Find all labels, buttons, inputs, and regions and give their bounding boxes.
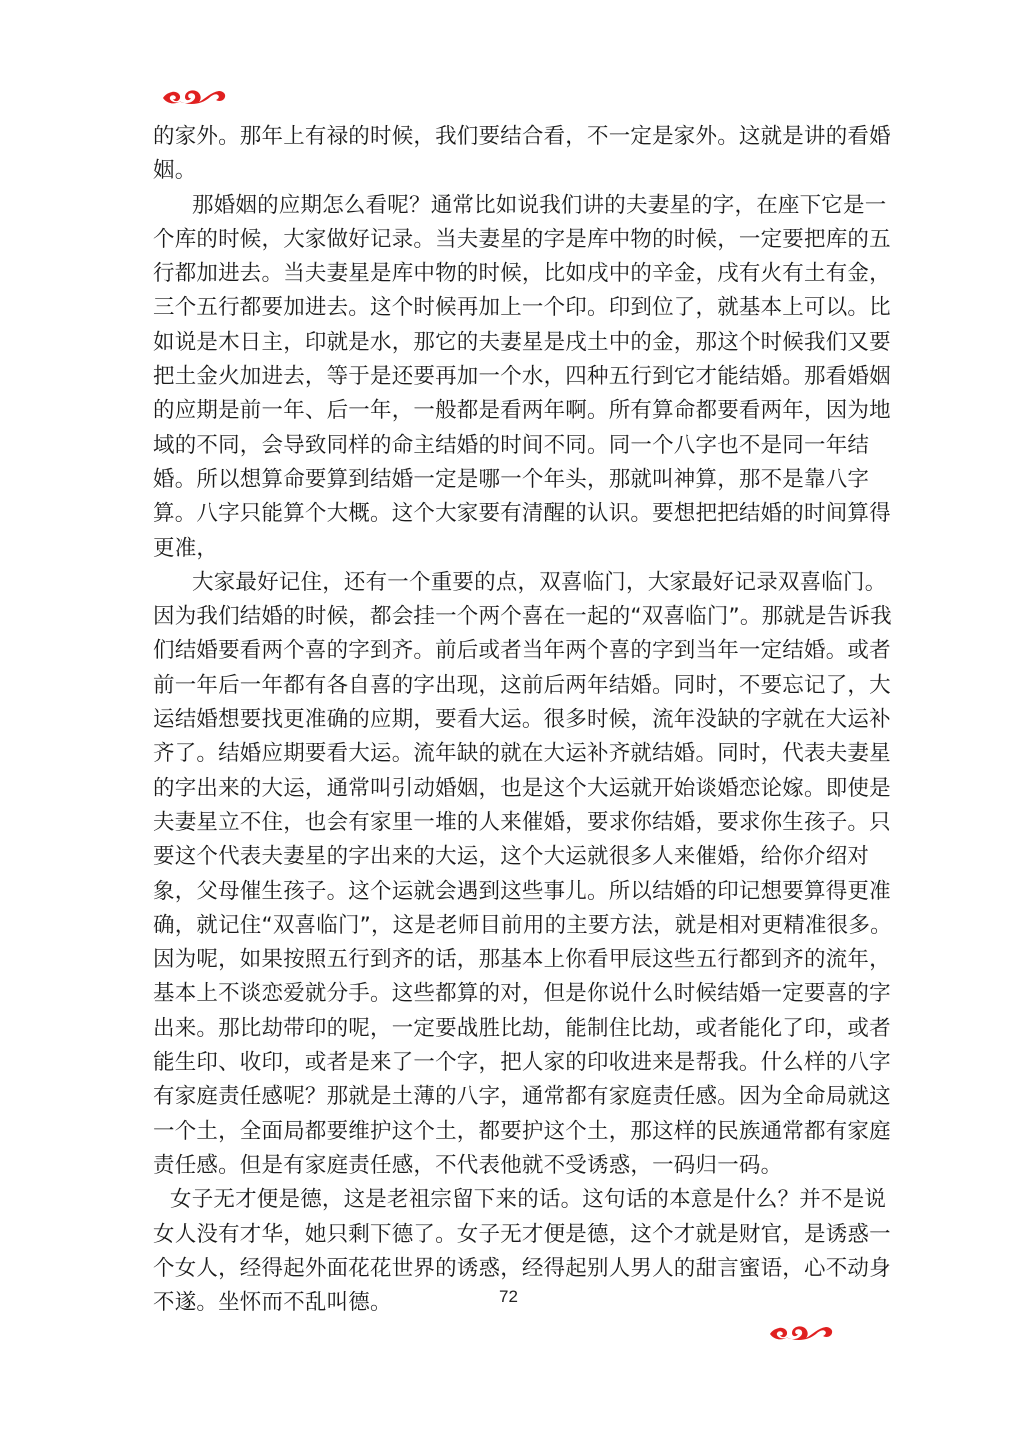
text-line: 们结婚要看两个喜的字到齐。前后或者当年两个喜的字到当年一定结婚。或者 (153, 634, 853, 668)
paragraph-start-line: 女子无才便是德，这是老祖宗留下来的话。这句话的本意是什么？并不是说 (153, 1183, 853, 1217)
text-line: 一个土，全面局都要维护这个土，都要护这个土，那这样的民族通常都有家庭 (153, 1115, 853, 1149)
body-text: 的家外。那年上有禄的时候，我们要结合看，不一定是家外。这就是讲的看婚 姻。 那婚… (153, 120, 853, 1320)
document-page: 的家外。那年上有禄的时候，我们要结合看，不一定是家外。这就是讲的看婚 姻。 那婚… (0, 0, 1017, 1440)
text-line: 姻。 (153, 154, 853, 188)
text-line: 的家外。那年上有禄的时候，我们要结合看，不一定是家外。这就是讲的看婚 (153, 120, 853, 154)
text-line: 三个五行都要加进去。这个时候再加上一个印。印到位了，就基本上可以。比 (153, 291, 853, 325)
paragraph-start-line: 大家最好记住，还有一个重要的点，双喜临门，大家最好记录双喜临门。 (153, 566, 853, 600)
text-line: 算。八字只能算个大概。这个大家要有清醒的认识。要想把把结婚的时间算得 (153, 497, 853, 531)
text-line: 婚。所以想算命要算到结婚一定是哪一个年头，那就叫神算，那不是靠八字 (153, 463, 853, 497)
text-line: 个女人，经得起外面花花世界的诱惑，经得起别人男人的甜言蜜语，心不动身 (153, 1252, 853, 1286)
text-line: 行都加进去。当夫妻星是库中物的时候，比如戌中的辛金，戌有火有土有金， (153, 257, 853, 291)
text-line: 确，就记住“双喜临门”，这是老师目前用的主要方法，就是相对更精准很多。 (153, 909, 853, 943)
text-line: 因为呢，如果按照五行到齐的话，那基本上你看甲辰这些五行都到齐的流年， (153, 943, 853, 977)
paragraph-start-line: 那婚姻的应期怎么看呢？通常比如说我们讲的夫妻星的字，在座下它是一 (153, 189, 853, 223)
text-line: 如说是木日主，印就是水，那它的夫妻星是戌土中的金，那这个时候我们又要 (153, 326, 853, 360)
text-line: 出来。那比劫带印的呢，一定要战胜比劫，能制住比劫，或者能化了印，或者 (153, 1012, 853, 1046)
text-line: 运结婚想要找更准确的应期，要看大运。很多时候，流年没缺的字就在大运补 (153, 703, 853, 737)
text-line: 把土金火加进去，等于是还要再加一个水，四种五行到它才能结婚。那看婚姻 (153, 360, 853, 394)
text-line: 更准， (153, 532, 853, 566)
text-line: 有家庭责任感呢？那就是土薄的八字，通常都有家庭责任感。因为全命局就这 (153, 1080, 853, 1114)
text-line: 要这个代表夫妻星的字出来的大运，这个大运就很多人来催婚，给你介绍对 (153, 840, 853, 874)
auspicious-cloud-ornament-icon (161, 86, 227, 108)
text-line: 前一年后一年都有各自喜的字出现，这前后两年结婚。同时，不要忘记了，大 (153, 669, 853, 703)
text-line: 域的不同，会导致同样的命主结婚的时间不同。同一个八字也不是同一年结 (153, 429, 853, 463)
auspicious-cloud-ornament-icon (768, 1322, 834, 1344)
page-number: 72 (0, 1287, 1017, 1307)
text-line: 夫妻星立不住，也会有家里一堆的人来催婚，要求你结婚，要求你生孩子。只 (153, 806, 853, 840)
text-line: 女人没有才华，她只剩下德了。女子无才便是德，这个才就是财官，是诱惑一 (153, 1218, 853, 1252)
text-line: 基本上不谈恋爱就分手。这些都算的对，但是你说什么时候结婚一定要喜的字 (153, 977, 853, 1011)
text-line: 的字出来的大运，通常叫引动婚姻，也是这个大运就开始谈婚恋论嫁。即使是 (153, 772, 853, 806)
text-line: 因为我们结婚的时候，都会挂一个两个喜在一起的“双喜临门”。那就是告诉我 (153, 600, 853, 634)
text-line: 齐了。结婚应期要看大运。流年缺的就在大运补齐就结婚。同时，代表夫妻星 (153, 737, 853, 771)
text-line: 象，父母催生孩子。这个运就会遇到这些事儿。所以结婚的印记想要算得更准 (153, 875, 853, 909)
text-line: 个库的时候，大家做好记录。当夫妻星的字是库中物的时候，一定要把库的五 (153, 223, 853, 257)
text-line: 责任感。但是有家庭责任感，不代表他就不受诱惑，一码归一码。 (153, 1149, 853, 1183)
text-line: 能生印、收印，或者是来了一个字，把人家的印收进来是帮我。什么样的八字 (153, 1046, 853, 1080)
text-line: 的应期是前一年、后一年，一般都是看两年啊。所有算命都要看两年，因为地 (153, 394, 853, 428)
